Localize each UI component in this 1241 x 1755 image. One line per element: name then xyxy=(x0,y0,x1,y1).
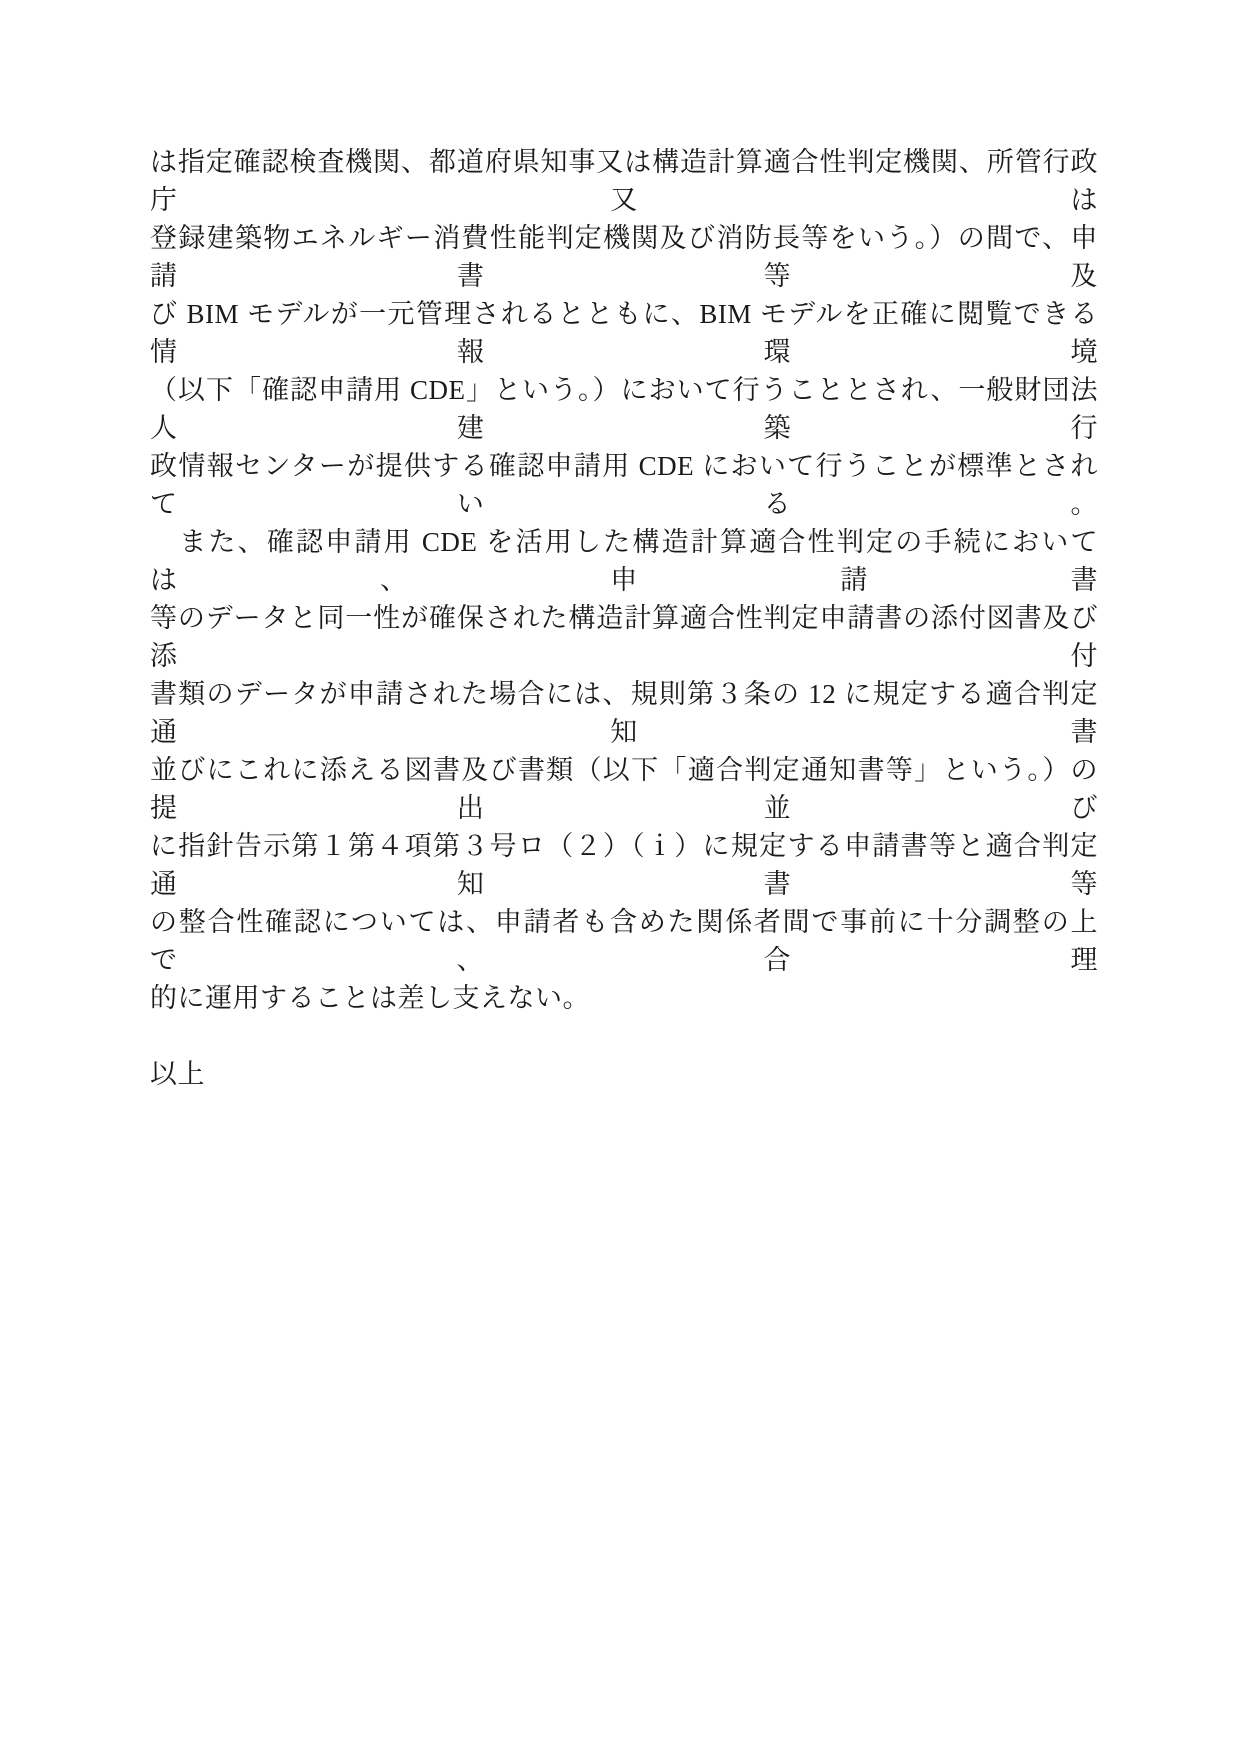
body-line: 並びにこれに添える図書及び書類（以下「適合判定通知書等」という。）の提出並び xyxy=(150,751,1098,827)
body-line: の整合性確認については、申請者も含めた関係者間で事前に十分調整の上で、合理 xyxy=(150,903,1098,979)
body-line: また、確認申請用 CDE を活用した構造計算適合性判定の手続においては、申請書 xyxy=(150,523,1098,599)
body-line: 書類のデータが申請された場合には、規則第３条の 12 に規定する適合判定通知書 xyxy=(150,675,1098,751)
closing-statement: 以上 xyxy=(150,1055,1098,1093)
body-line: 政情報センターが提供する確認申請用 CDE において行うことが標準とされている。 xyxy=(150,447,1098,523)
document-page: は指定確認検査機関、都道府県知事又は構造計算適合性判定機関、所管行政庁又は 登録… xyxy=(0,0,1241,1755)
body-line: 等のデータと同一性が確保された構造計算適合性判定申請書の添付図書及び添付 xyxy=(150,599,1098,675)
body-line: （以下「確認申請用 CDE」という。）において行うこととされ、一般財団法人建築行 xyxy=(150,371,1098,447)
body-line: は指定確認検査機関、都道府県知事又は構造計算適合性判定機関、所管行政庁又は xyxy=(150,143,1098,219)
body-text: は指定確認検査機関、都道府県知事又は構造計算適合性判定機関、所管行政庁又は 登録… xyxy=(150,143,1098,1093)
body-line: 的に運用することは差し支えない。 xyxy=(150,979,1098,1017)
body-line: 登録建築物エネルギー消費性能判定機関及び消防長等をいう。）の間で、申請書等及 xyxy=(150,219,1098,295)
body-line: に指針告示第１第４項第３号ロ（２）（ｉ）に規定する申請書等と適合判定通知書等 xyxy=(150,827,1098,903)
body-line: び BIM モデルが一元管理されるとともに、BIM モデルを正確に閲覧できる情報… xyxy=(150,295,1098,371)
